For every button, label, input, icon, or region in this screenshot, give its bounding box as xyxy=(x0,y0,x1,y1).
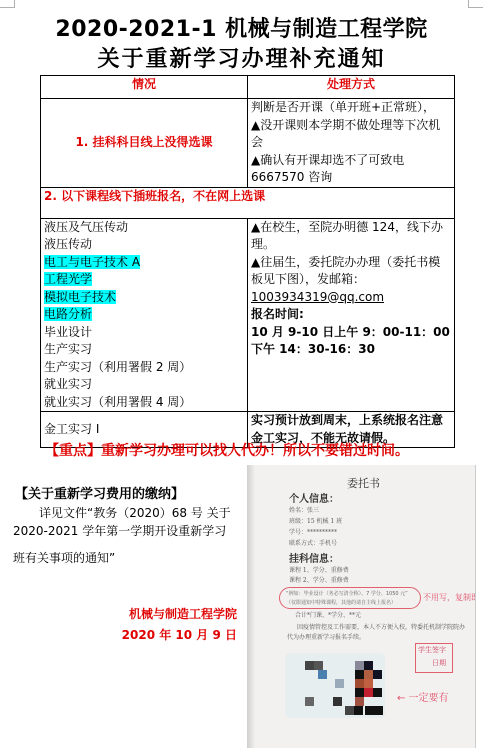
header-handling: 处理方式 xyxy=(248,76,455,99)
signup-time-label: 报名时间: xyxy=(251,306,451,324)
photo-statement: 代为办理重新学习报名手续。 xyxy=(287,632,365,641)
table-header-row: 情况 处理方式 xyxy=(41,76,455,99)
authorization-letter-photo: 委托书 个人信息： 姓名：张三 班级：15 机械 1 班 学号：********… xyxy=(247,465,476,748)
photo-example-oval: “例如：毕业设计（务必写清全称）、7 学分、1050 元” （仅限通知中特殊课程… xyxy=(279,587,421,609)
handling-line: ▲没开课则本学期不做处理等下次机会 xyxy=(251,117,451,152)
photo-arrow-note: ← 一定要有 xyxy=(397,689,449,704)
course-item: 电工与电子技术 A xyxy=(44,254,244,272)
fee-section-body: 详见文件“教务（2020）68 号 关于2020-2021 学年第一学期开设重新… xyxy=(13,504,243,567)
signature-date: 2020 年 10 月 9 日 xyxy=(122,626,237,643)
notice-table: 情况 处理方式 1. 挂科科目线上没得选课 判断是否开课（单开班+正常班）， ▲… xyxy=(40,75,455,448)
photo-shadow xyxy=(247,465,255,748)
page-corner-mark-left xyxy=(0,0,15,8)
page-corner-mark-right xyxy=(468,0,483,8)
course-item: 模拟电子技术 xyxy=(44,289,244,307)
photo-personal-info: 个人信息： xyxy=(289,490,339,505)
photo-failed-info: 挂科信息： xyxy=(289,550,339,565)
email-link[interactable]: 1003934319@qq.com xyxy=(251,289,451,307)
course-item: 工程光学 xyxy=(44,271,244,289)
section-row: 2. 以下课程线下插班报名，不在网上选课 xyxy=(41,187,455,218)
signup-time-value: 10 月 9-10 日上午 9：00-11：00 下午 14：30-16：30 xyxy=(251,324,451,359)
photo-example-line: “例如：毕业设计（务必写清全称）、7 学分、1050 元” xyxy=(286,590,408,597)
fee-section-title: 【关于重新学习费用的缴纳】 xyxy=(15,483,184,502)
photo-statement: 因疫情管控及工作需要，本人不方便入校，特委托机制学院院办 xyxy=(297,622,465,631)
photo-failed-item: 课程 1、学分、重修费 xyxy=(289,565,349,574)
course-item: 液压及气压传动 xyxy=(44,219,244,237)
course-item: 毕业设计 xyxy=(44,324,244,342)
case-no-course-online: 1. 挂科科目线上没得选课 xyxy=(41,99,248,188)
photo-handwritten-note: 不用写，复制即可 xyxy=(423,592,476,603)
table-row: 1. 挂科科目线上没得选课 判断是否开课（单开班+正常班）， ▲没开课则本学期不… xyxy=(41,99,455,188)
course-item: 生产实习 xyxy=(44,341,244,359)
course-item: 液压传动 xyxy=(44,236,244,254)
photo-example-line: （仅限通知中特殊课程，其他的请自主线上报名） xyxy=(286,599,396,606)
photo-total: 合计*门课、*学分、**元 xyxy=(295,610,361,619)
course-item: 就业实习 xyxy=(44,376,244,394)
photo-field: 学号：********** xyxy=(289,527,337,536)
photo-field: 联系方式：手机号 xyxy=(289,538,337,547)
photo-field: 姓名：张三 xyxy=(289,505,319,514)
section2-title: 2. 以下课程线下插班报名，不在网上选课 xyxy=(41,187,455,218)
photo-signature-box: 学生签字 日期 xyxy=(415,643,453,673)
key-note: 【重点】重新学习办理可以找人代办！所以不要错过时间。 xyxy=(45,440,409,460)
course-list-cell: 液压及气压传动 液压传动 电工与电子技术 A 工程光学 模拟电子技术 电路分析 … xyxy=(41,218,248,412)
course-item: 电路分析 xyxy=(44,306,244,324)
table-row: 液压及气压传动 液压传动 电工与电子技术 A 工程光学 模拟电子技术 电路分析 … xyxy=(41,218,455,412)
handling-line: 判断是否开课（单开班+正常班）， xyxy=(251,99,451,117)
pixelated-id-card xyxy=(285,653,385,718)
document-title-line2: 关于重新学习办理补充通知 xyxy=(0,42,483,73)
graduates-instruction: ▲往届生，委托院办办理（委托书模板见下图），发邮箱： xyxy=(251,254,451,289)
fee-reference-text-end: 班有关事项的通知” xyxy=(13,549,243,567)
handling-line: ▲确认有开课却选不了可致电6667570 咨询 xyxy=(251,152,451,187)
document-title-line1: 2020-2021-1 机械与制造工程学院 xyxy=(0,12,483,43)
photo-doc-title: 委托书 xyxy=(347,475,380,491)
offline-handling-cell: ▲在校生，至院办明德 124，线下办理。 ▲往届生，委托院办办理（委托书模板见下… xyxy=(248,218,455,412)
course-item: 生产实习（利用署假 2 周） xyxy=(44,359,244,377)
course-item: 就业实习（利用署假 4 周） xyxy=(44,394,244,412)
handling-cell: 判断是否开课（单开班+正常班）， ▲没开课则本学期不做处理等下次机会 ▲确认有开… xyxy=(248,99,455,188)
fee-reference-text: 详见文件“教务（2020）68 号 关于2020-2021 学年第一学期开设重新… xyxy=(13,504,243,540)
photo-field: 班级：15 机械 1 班 xyxy=(289,516,342,525)
signature-org: 机械与制造工程学院 xyxy=(129,605,237,622)
current-students-instruction: ▲在校生，至院办明德 124，线下办理。 xyxy=(251,219,451,254)
header-situation: 情况 xyxy=(41,76,248,99)
